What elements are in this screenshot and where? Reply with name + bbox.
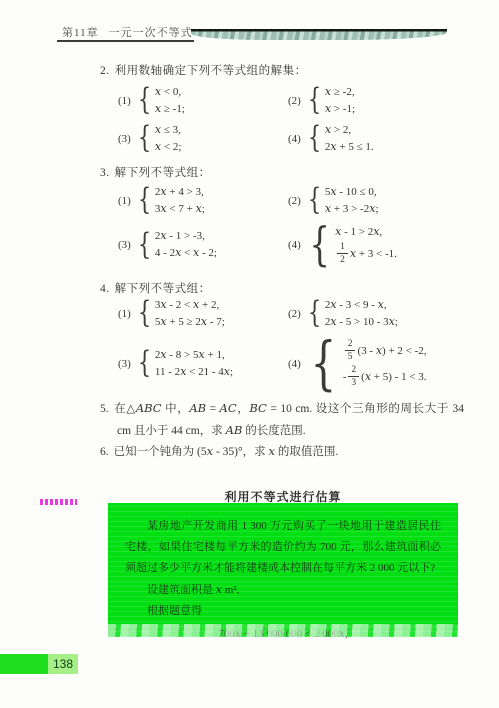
problem-3-systems: (1) { 2x + 4 > 3, 3x < 7 + x; (2) { 5x -… bbox=[118, 185, 397, 267]
inequality-line: 2x - 8 > 5x + 1, bbox=[155, 348, 233, 362]
estimation-basis-line: 根据题意得 bbox=[125, 601, 441, 622]
box-bottom-wave-decoration bbox=[108, 624, 458, 637]
problem-text: 已知一个钝角为 (5x - 35)°，求 x 的取值范围. bbox=[114, 446, 339, 458]
estimation-box: 某房地产开发商用 1 300 万元购买了一块地用于建造居民住宅楼，如果住宅楼每平… bbox=[108, 503, 458, 637]
system-label: (1) bbox=[118, 95, 131, 107]
system: (2) { 5x - 10 ≤ 0, x + 3 > -2x; bbox=[288, 185, 397, 216]
system: (1) { 2x + 4 > 3, 3x < 7 + x; bbox=[118, 185, 288, 216]
inequality-line: 11 - 2x < 21 - 4x; bbox=[155, 365, 233, 379]
inequality-line: - 2 3 (x + 5) - 1 < 3. bbox=[343, 365, 427, 388]
problem-number: 3. bbox=[100, 167, 110, 179]
fraction-numerator: 1 bbox=[337, 242, 348, 254]
problem-2-systems: (1) { x < 0, x ≥ -1; (2) { x ≥ -2, x > -… bbox=[118, 85, 374, 154]
inequality-line: 3x < 7 + x; bbox=[155, 202, 205, 216]
inequality-rest: x + 3 < -1. bbox=[350, 247, 397, 260]
fraction: 2 3 bbox=[348, 365, 359, 388]
system: (2) { x ≥ -2, x > -1; bbox=[288, 85, 374, 116]
inequality-line: 2x + 5 ≤ 1. bbox=[325, 140, 374, 154]
system-brace: { bbox=[308, 124, 321, 153]
problem-4-systems: (1) { 3x - 2 < x + 2, 5x + 5 ≥ 2x - 7; (… bbox=[118, 298, 427, 391]
system-brace: { bbox=[138, 124, 151, 153]
inequality-line: 4 - 2x < x - 2; bbox=[155, 246, 217, 260]
header-underline bbox=[57, 40, 194, 42]
system-brace: { bbox=[308, 186, 321, 215]
inequality-rest: (3 - x) + 2 < -2, bbox=[357, 344, 426, 357]
fraction: 2 5 bbox=[345, 339, 356, 362]
inequality-line: 2x - 5 > 10 - 3x; bbox=[325, 315, 398, 329]
header-wave-decoration bbox=[191, 29, 447, 40]
chapter-label: 第11章 bbox=[62, 27, 99, 39]
problem-3-title: 3.解下列不等式组： bbox=[100, 164, 211, 180]
problem-5: 5.在△ABC 中，AB = AC，BC = 10 cm. 设这个三角形的周长大… bbox=[100, 398, 464, 442]
problem-number: 6. bbox=[100, 446, 109, 458]
problem-text: 在△ABC 中，AB = AC，BC = 10 cm. 设这个三角形的周长大于 … bbox=[114, 403, 464, 437]
fraction: 1 2 bbox=[337, 242, 348, 265]
magenta-dash-decoration bbox=[40, 499, 77, 505]
problem-4-title: 4.解下列不等式组： bbox=[100, 280, 211, 296]
inequality-line: 5x - 10 ≤ 0, bbox=[325, 185, 379, 199]
system-brace: { bbox=[138, 86, 151, 115]
minus-prefix: - bbox=[343, 371, 347, 383]
system-label: (2) bbox=[288, 195, 301, 207]
textbook-page: { "header": { "chapter_label": "第11章", "… bbox=[0, 0, 499, 708]
system: (1) { 3x - 2 < x + 2, 5x + 5 ≥ 2x - 7; bbox=[118, 298, 288, 329]
inequality-line: x ≥ -2, bbox=[325, 85, 355, 99]
system: (4) { x - 1 > 2x, 1 2 x + 3 < -1. bbox=[288, 223, 397, 267]
system-brace: { bbox=[310, 336, 336, 391]
system-label: (3) bbox=[118, 358, 131, 370]
system: (3) { 2x - 1 > -3, 4 - 2x < x - 2; bbox=[118, 223, 288, 267]
inequality-line: 1 2 x + 3 < -1. bbox=[335, 242, 397, 265]
system-label: (4) bbox=[288, 133, 301, 145]
chapter-title: 一元一次不等式 bbox=[109, 27, 193, 39]
inequality-line: 3x - 2 < x + 2, bbox=[155, 298, 225, 312]
problem-text: 利用数轴确定下列不等式组的解集： bbox=[115, 65, 307, 77]
fraction-denominator: 5 bbox=[345, 351, 356, 362]
system: (2) { 2x - 3 < 9 - x, 2x - 5 > 10 - 3x; bbox=[288, 298, 427, 329]
problem-text: 解下列不等式组： bbox=[115, 283, 211, 295]
inequality-line: 5x + 5 ≥ 2x - 7; bbox=[155, 315, 225, 329]
problem-number: 5. bbox=[100, 403, 109, 415]
fraction-denominator: 3 bbox=[348, 377, 359, 388]
page-number-bar bbox=[0, 654, 48, 674]
problem-6: 6.已知一个钝角为 (5x - 35)°，求 x 的取值范围. bbox=[100, 441, 464, 463]
problem-number: 2. bbox=[100, 65, 110, 77]
system-brace: { bbox=[138, 349, 151, 378]
system-label: (2) bbox=[288, 308, 301, 320]
inequality-line: x < 0, bbox=[155, 85, 185, 99]
inequality-line: x ≤ 3, bbox=[155, 123, 181, 137]
system: (4) { x > 2, 2x + 5 ≤ 1. bbox=[288, 123, 374, 154]
system-brace: { bbox=[308, 86, 321, 115]
system-brace: { bbox=[138, 299, 151, 328]
problem-number: 4. bbox=[100, 283, 110, 295]
system-label: (4) bbox=[288, 239, 301, 251]
fraction-denominator: 2 bbox=[337, 254, 348, 265]
inequality-line: 2x + 4 > 3, bbox=[155, 185, 205, 199]
fraction-numerator: 2 bbox=[348, 365, 359, 377]
system-label: (2) bbox=[288, 95, 301, 107]
system-label: (1) bbox=[118, 308, 131, 320]
estimation-setup-line: 设建筑面积是 x m², bbox=[125, 579, 441, 601]
fraction-numerator: 2 bbox=[345, 339, 356, 351]
inequality-line: 2 5 (3 - x) + 2 < -2, bbox=[343, 339, 427, 362]
estimation-paragraph: 某房地产开发商用 1 300 万元购买了一块地用于建造居民住宅楼，如果住宅楼每平… bbox=[125, 516, 441, 579]
inequality-rest: (x + 5) - 1 < 3. bbox=[361, 370, 426, 383]
inequality-line: 2x - 3 < 9 - x, bbox=[325, 298, 398, 312]
inequality-line: x - 1 > 2x, bbox=[335, 225, 397, 239]
page-number-badge: 138 bbox=[48, 654, 78, 674]
inequality-line: 2x - 1 > -3, bbox=[155, 229, 217, 243]
system: (3) { x ≤ 3, x < 2; bbox=[118, 123, 288, 154]
system: (4) { 2 5 (3 - x) + 2 < -2, - 2 3 (x + 5… bbox=[288, 336, 427, 391]
system-brace: { bbox=[138, 231, 151, 260]
system-label: (3) bbox=[118, 133, 131, 145]
system: (3) { 2x - 8 > 5x + 1, 11 - 2x < 21 - 4x… bbox=[118, 336, 288, 391]
inequality-line: x > -1; bbox=[325, 102, 355, 116]
problem-text: 解下列不等式组： bbox=[115, 167, 211, 179]
system-label: (1) bbox=[118, 195, 131, 207]
page-header: 第11章一元一次不等式 bbox=[62, 24, 193, 40]
system: (1) { x < 0, x ≥ -1; bbox=[118, 85, 288, 116]
system-brace: { bbox=[308, 299, 321, 328]
system-brace: { bbox=[138, 186, 151, 215]
system-brace: { bbox=[309, 223, 329, 267]
inequality-line: x + 3 > -2x; bbox=[325, 202, 379, 216]
system-label: (3) bbox=[118, 239, 131, 251]
inequality-line: x > 2, bbox=[325, 123, 374, 137]
inequality-line: x < 2; bbox=[155, 140, 181, 154]
inequality-line: x ≥ -1; bbox=[155, 102, 185, 116]
problem-2-title: 2.利用数轴确定下列不等式组的解集： bbox=[100, 62, 307, 78]
system-label: (4) bbox=[288, 358, 301, 370]
